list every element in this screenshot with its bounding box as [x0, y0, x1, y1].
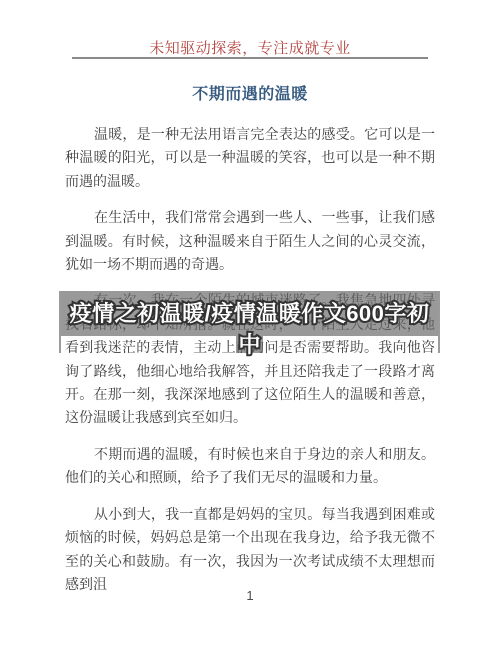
essay-body: 温暖，是一种无法用语言完全表达的感受。它可以是一种温暖的阳光，可以是一种温暖的笑… — [65, 123, 435, 609]
essay-paragraph: 从小到大，我一直都是妈妈的宝贝。每当我遇到困难或烦恼的时候，妈妈总是第一个出现在… — [65, 503, 435, 597]
watermark-title-line1: 疫情之初温暖/疫情温暖作文600字初 — [61, 291, 438, 336]
watermark-banner: 疫情之初温暖/疫情温暖作文600字初 中 — [59, 291, 440, 353]
essay-paragraph: 在生活中，我们常常会遇到一些人、一些事，让我们感到温暖。有时候，这种温暖来自于陌… — [65, 206, 435, 276]
watermark-title-line2: 中 — [236, 336, 262, 353]
page-number: 1 — [0, 588, 500, 603]
essay-title: 不期而遇的温暖 — [0, 81, 500, 104]
header-slogan: 未知驱动探索，专注成就专业 — [0, 37, 500, 58]
essay-paragraph: 不期而遇的温暖，有时候也来自于身边的亲人和朋友。他们的关心和照顾，给予了我们无尽… — [65, 443, 435, 490]
essay-paragraph: 温暖，是一种无法用语言完全表达的感受。它可以是一种温暖的阳光，可以是一种温暖的笑… — [65, 123, 435, 193]
document-page: 未知驱动探索，专注成就专业 不期而遇的温暖 温暖，是一种无法用语言完全表达的感受… — [0, 0, 500, 647]
header-divider — [72, 57, 428, 59]
